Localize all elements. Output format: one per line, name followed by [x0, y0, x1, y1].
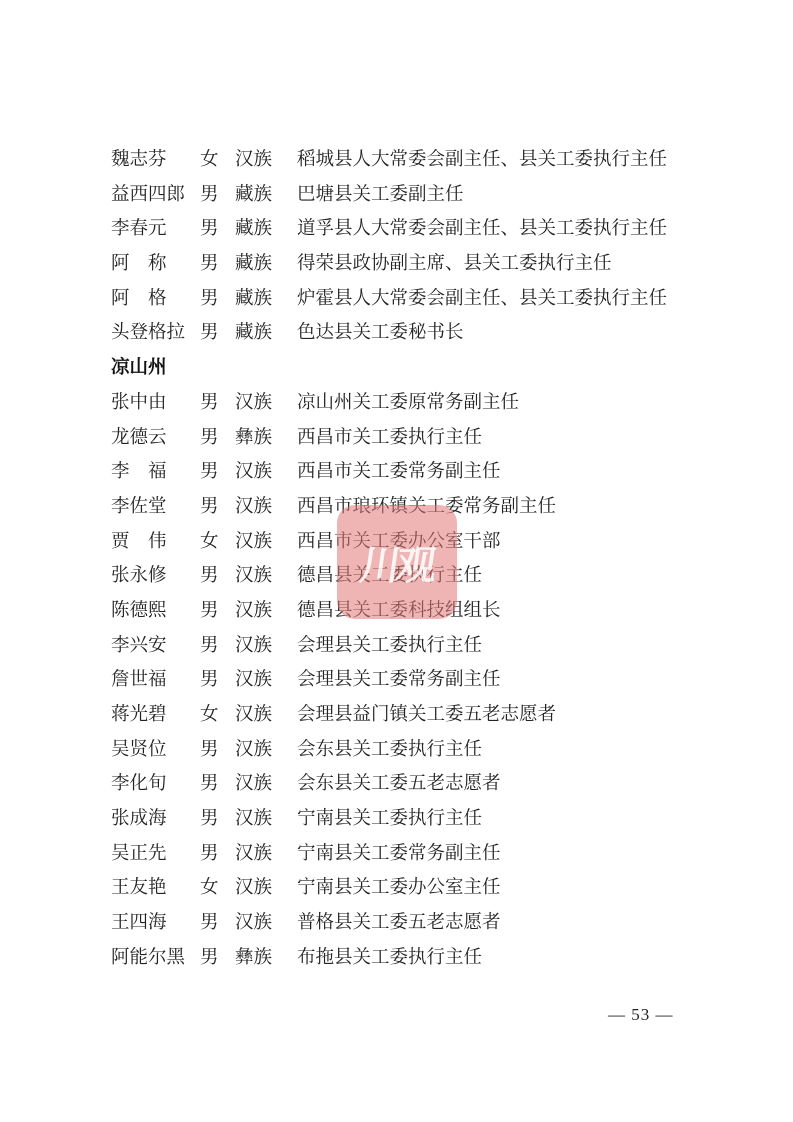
- ethnicity: 汉族: [235, 769, 272, 799]
- person-name: 龙德云: [111, 423, 193, 453]
- list-item: 贾 伟女汉族西昌市关工委办公室干部: [111, 527, 167, 562]
- position-title: 会理县关工委常务副主任: [297, 665, 501, 695]
- position-title: 会理县关工委执行主任: [297, 631, 482, 661]
- list-item: 魏志芬女汉族稻城县人大常委会副主任、县关工委执行主任: [111, 145, 167, 180]
- person-name: 阿 称: [111, 249, 193, 279]
- gender: 女: [200, 700, 219, 730]
- gender: 男: [200, 839, 219, 869]
- gender: 女: [200, 527, 219, 557]
- position-title: 德昌县关工委执行主任: [297, 561, 482, 591]
- position-title: 宁南县关工委办公室主任: [297, 873, 501, 903]
- ethnicity: 汉族: [235, 561, 272, 591]
- gender: 男: [200, 388, 219, 418]
- position-title: 炉霍县人大常委会副主任、县关工委执行主任: [297, 284, 667, 314]
- section-heading-liangshan: 凉山州: [111, 353, 167, 388]
- ethnicity: 汉族: [235, 388, 272, 418]
- list-item: 阿能尔黑男彝族布拖县关工委执行主任: [111, 943, 167, 978]
- ethnicity: 彝族: [235, 423, 272, 453]
- person-name: 蒋光碧: [111, 700, 193, 730]
- list-item: 张永修男汉族德昌县关工委执行主任: [111, 561, 167, 596]
- name-list: 魏志芬女汉族稻城县人大常委会副主任、县关工委执行主任益西四郎男藏族巴塘县关工委副…: [111, 145, 167, 978]
- person-name: 张成海: [111, 804, 193, 834]
- gender: 男: [200, 423, 219, 453]
- ethnicity: 汉族: [235, 527, 272, 557]
- document-page: 魏志芬女汉族稻城县人大常委会副主任、县关工委执行主任益西四郎男藏族巴塘县关工委副…: [0, 0, 793, 1122]
- gender: 男: [200, 561, 219, 591]
- ethnicity: 汉族: [235, 700, 272, 730]
- person-name: 张中由: [111, 388, 193, 418]
- ethnicity: 汉族: [235, 596, 272, 626]
- person-name: 贾 伟: [111, 527, 193, 557]
- ethnicity: 汉族: [235, 839, 272, 869]
- ethnicity: 藏族: [235, 180, 272, 210]
- list-item: 詹世福男汉族会理县关工委常务副主任: [111, 665, 167, 700]
- ethnicity: 汉族: [235, 631, 272, 661]
- gender: 男: [200, 249, 219, 279]
- gender: 男: [200, 769, 219, 799]
- ethnicity: 汉族: [235, 665, 272, 695]
- person-name: 王友艳: [111, 873, 193, 903]
- gender: 男: [200, 596, 219, 626]
- person-name: 益西四郎: [111, 180, 193, 210]
- person-name: 王四海: [111, 908, 193, 938]
- position-title: 西昌市关工委常务副主任: [297, 457, 501, 487]
- ethnicity: 藏族: [235, 214, 272, 244]
- person-name: 头登格拉: [111, 318, 193, 348]
- person-name: 魏志芬: [111, 145, 193, 175]
- ethnicity: 藏族: [235, 284, 272, 314]
- list-item: 吴正先男汉族宁南县关工委常务副主任: [111, 839, 167, 874]
- position-title: 道孚县人大常委会副主任、县关工委执行主任: [297, 214, 667, 244]
- position-title: 布拖县关工委执行主任: [297, 943, 482, 973]
- person-name: 李兴安: [111, 631, 193, 661]
- gender: 男: [200, 735, 219, 765]
- list-item: 张中由男汉族凉山州关工委原常务副主任: [111, 388, 167, 423]
- position-title: 宁南县关工委执行主任: [297, 804, 482, 834]
- gender: 男: [200, 318, 219, 348]
- gender: 男: [200, 665, 219, 695]
- list-item: 蒋光碧女汉族会理县益门镇关工委五老志愿者: [111, 700, 167, 735]
- ethnicity: 汉族: [235, 735, 272, 765]
- person-name: 詹世福: [111, 665, 193, 695]
- position-title: 德昌县关工委科技组组长: [297, 596, 501, 626]
- person-name: 李春元: [111, 214, 193, 244]
- list-item: 李春元男藏族道孚县人大常委会副主任、县关工委执行主任: [111, 214, 167, 249]
- position-title: 会东县关工委五老志愿者: [297, 769, 501, 799]
- list-item: 王友艳女汉族宁南县关工委办公室主任: [111, 873, 167, 908]
- ethnicity: 藏族: [235, 249, 272, 279]
- position-title: 会理县益门镇关工委五老志愿者: [297, 700, 556, 730]
- position-title: 巴塘县关工委副主任: [297, 180, 464, 210]
- position-title: 西昌市琅环镇关工委常务副主任: [297, 492, 556, 522]
- list-item: 李化旬男汉族会东县关工委五老志愿者: [111, 769, 167, 804]
- list-item: 吴贤位男汉族会东县关工委执行主任: [111, 735, 167, 770]
- ethnicity: 汉族: [235, 145, 272, 175]
- gender: 男: [200, 804, 219, 834]
- list-item: 头登格拉男藏族色达县关工委秘书长: [111, 318, 167, 353]
- ethnicity: 汉族: [235, 873, 272, 903]
- position-title: 色达县关工委秘书长: [297, 318, 464, 348]
- list-item: 龙德云男彝族西昌市关工委执行主任: [111, 423, 167, 458]
- list-item: 张成海男汉族宁南县关工委执行主任: [111, 804, 167, 839]
- list-item: 李 福男汉族西昌市关工委常务副主任: [111, 457, 167, 492]
- position-title: 普格县关工委五老志愿者: [297, 908, 501, 938]
- gender: 男: [200, 284, 219, 314]
- position-title: 西昌市关工委执行主任: [297, 423, 482, 453]
- position-title: 稻城县人大常委会副主任、县关工委执行主任: [297, 145, 667, 175]
- list-item: 陈德熙男汉族德昌县关工委科技组组长: [111, 596, 167, 631]
- ethnicity: 汉族: [235, 908, 272, 938]
- gender: 男: [200, 631, 219, 661]
- ethnicity: 汉族: [235, 492, 272, 522]
- person-name: 吴贤位: [111, 735, 193, 765]
- gender: 男: [200, 457, 219, 487]
- position-title: 会东县关工委执行主任: [297, 735, 482, 765]
- gender: 女: [200, 145, 219, 175]
- list-item: 李佐堂男汉族西昌市琅环镇关工委常务副主任: [111, 492, 167, 527]
- position-title: 得荣县政协副主席、县关工委执行主任: [297, 249, 612, 279]
- person-name: 李佐堂: [111, 492, 193, 522]
- list-item: 阿 格男藏族炉霍县人大常委会副主任、县关工委执行主任: [111, 284, 167, 319]
- person-name: 阿能尔黑: [111, 943, 193, 973]
- ethnicity: 汉族: [235, 804, 272, 834]
- position-title: 凉山州关工委原常务副主任: [297, 388, 519, 418]
- ethnicity: 藏族: [235, 318, 272, 348]
- list-item: 益西四郎男藏族巴塘县关工委副主任: [111, 180, 167, 215]
- person-name: 陈德熙: [111, 596, 193, 626]
- page-number: — 53 —: [608, 1005, 674, 1025]
- list-item: 王四海男汉族普格县关工委五老志愿者: [111, 908, 167, 943]
- ganzi-rows: 魏志芬女汉族稻城县人大常委会副主任、县关工委执行主任益西四郎男藏族巴塘县关工委副…: [111, 145, 167, 353]
- gender: 女: [200, 873, 219, 903]
- person-name: 阿 格: [111, 284, 193, 314]
- person-name: 李化旬: [111, 769, 193, 799]
- gender: 男: [200, 180, 219, 210]
- gender: 男: [200, 943, 219, 973]
- liangshan-rows: 张中由男汉族凉山州关工委原常务副主任龙德云男彝族西昌市关工委执行主任李 福男汉族…: [111, 388, 167, 978]
- list-item: 李兴安男汉族会理县关工委执行主任: [111, 631, 167, 666]
- position-title: 宁南县关工委常务副主任: [297, 839, 501, 869]
- gender: 男: [200, 492, 219, 522]
- position-title: 西昌市关工委办公室干部: [297, 527, 501, 557]
- ethnicity: 彝族: [235, 943, 272, 973]
- person-name: 张永修: [111, 561, 193, 591]
- gender: 男: [200, 214, 219, 244]
- list-item: 阿 称男藏族得荣县政协副主席、县关工委执行主任: [111, 249, 167, 284]
- ethnicity: 汉族: [235, 457, 272, 487]
- gender: 男: [200, 908, 219, 938]
- person-name: 李 福: [111, 457, 193, 487]
- person-name: 吴正先: [111, 839, 193, 869]
